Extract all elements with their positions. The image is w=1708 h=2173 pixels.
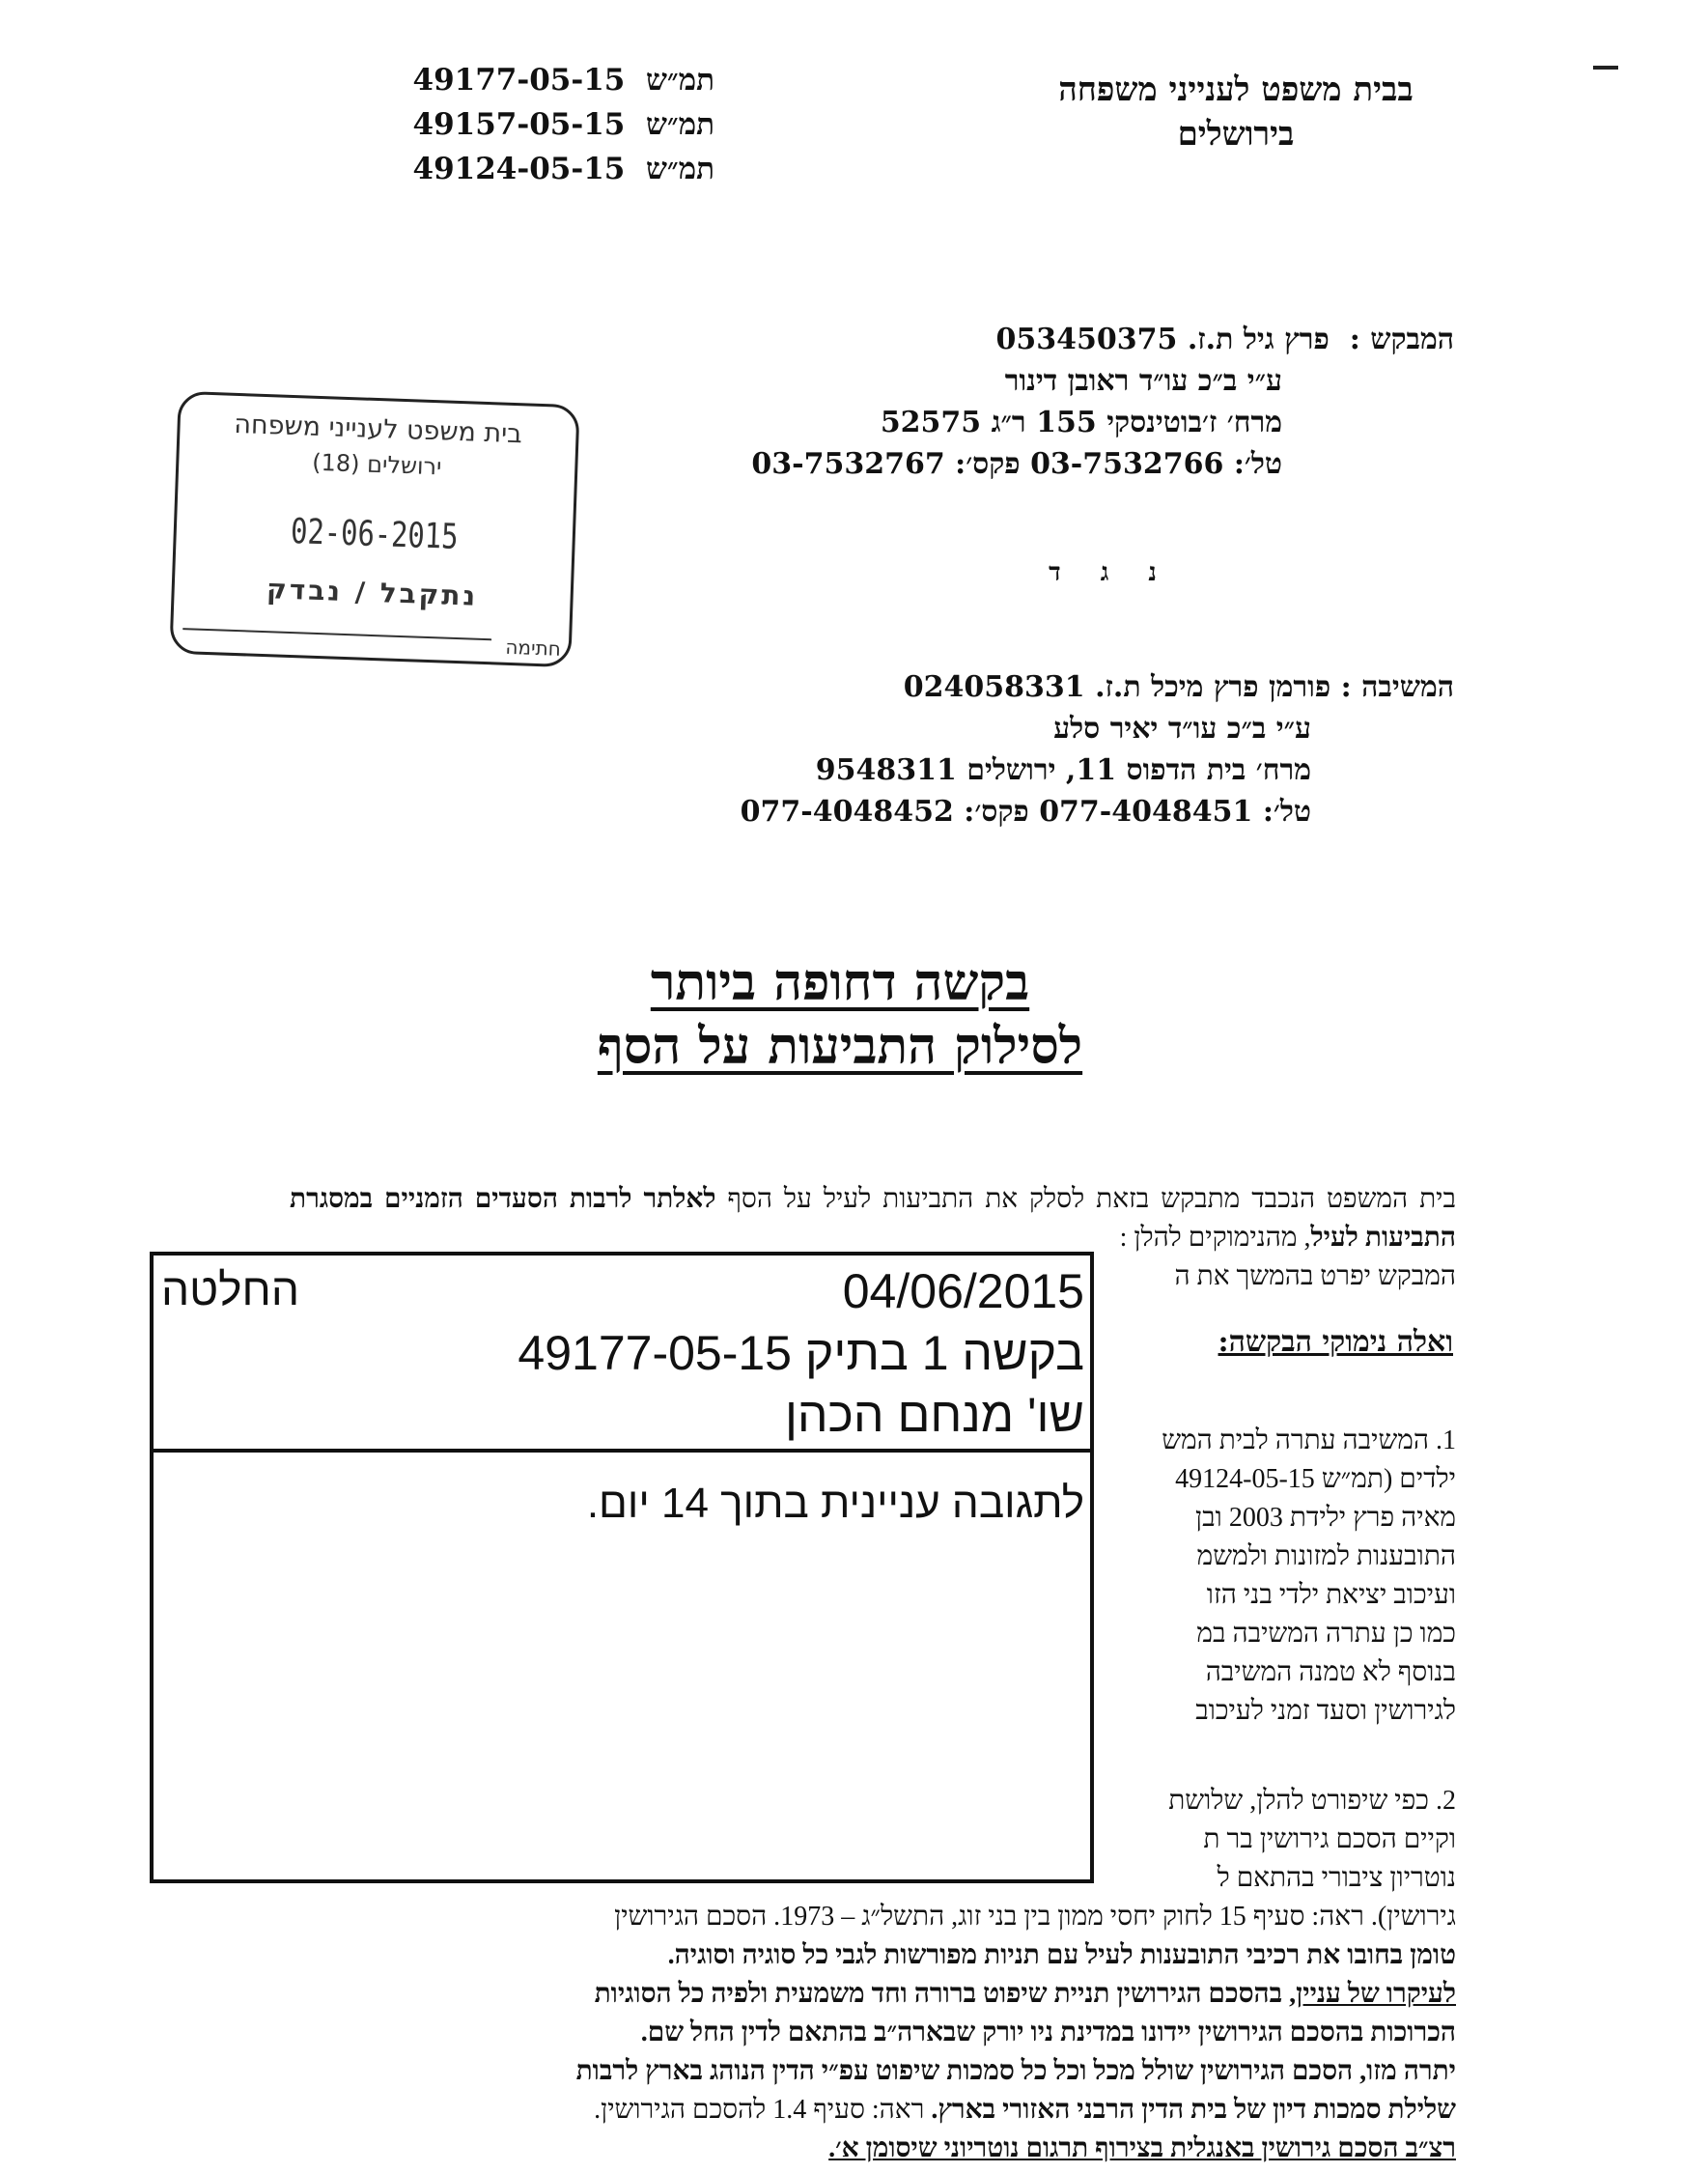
applicant-address: מרח׳ ז׳בוטינסקי 155 ר״ג 52575 — [695, 402, 1454, 443]
title-line-1: בקשה דחופה ביותר — [651, 953, 1029, 1012]
decision-header: החלטה 04/06/2015 בקשה 1 בתיק 49177-05-15… — [154, 1256, 1090, 1453]
decision-date: 04/06/2015 — [843, 1263, 1084, 1319]
court-decision-box: החלטה 04/06/2015 בקשה 1 בתיק 49177-05-15… — [150, 1252, 1094, 1883]
applicant-block: המבקש : פרץ גיל ת.ז. 053450375 ע״י ב״כ ע… — [695, 319, 1454, 485]
versus-label: נ ג ד — [1023, 558, 1197, 587]
stamp-city: ירושלים (18) — [179, 444, 575, 485]
respondent-contact: טל׳: 077-4048451 פקס׳: 077-4048452 — [666, 791, 1454, 833]
respondent-address: מרח׳ בית הדפוס 11, ירושלים 9548311 — [666, 749, 1454, 791]
applicant-name: פרץ גיל ת.ז. 053450375 — [996, 323, 1330, 356]
stamp-court: בית משפט לענייני משפחה — [180, 408, 576, 451]
stamp-status: נתקבל / נבדק — [174, 570, 571, 615]
applicant-counsel: ע״י ב״כ עו״ד ראובן דינור — [695, 360, 1454, 402]
decision-judge: שו' מנחם הכהן — [785, 1387, 1084, 1443]
stamp-date: 02-06-2015 — [215, 509, 533, 559]
reasons-heading: ואלה נימוקי הבקשה: — [1062, 1325, 1453, 1359]
case-numbers: תמ״ש 49177-05-15 תמ״ש 49157-05-15 תמ״ש 4… — [367, 58, 714, 191]
signature-line — [182, 628, 491, 640]
respondent-label: המשיבה : — [1341, 670, 1454, 704]
respondent-block: המשיבה : פורמן פרץ מיכל ת.ז. 024058331 ע… — [666, 666, 1454, 833]
stamp-signature-label: חתימה — [505, 635, 561, 661]
section-1: 1. המשיבה עתרה לבית המש ילדים (תמ״ש 4912… — [1089, 1422, 1456, 1731]
applicant-contact: טל׳: 03-7532766 פקס׳: 03-7532767 — [695, 443, 1454, 485]
court-header: בבית משפט לענייני משפחה בירושלים — [1004, 68, 1468, 156]
case-number-row: תמ״ש 49124-05-15 — [367, 147, 714, 191]
applicant-label: המבקש : — [1350, 323, 1454, 356]
court-city: בירושלים — [1004, 112, 1468, 156]
case-number-row: תמ״ש 49157-05-15 — [367, 102, 714, 147]
document-title: בקשה דחופה ביותר לסילוק התביעות על הסף — [406, 951, 1274, 1079]
court-name: בבית משפט לענייני משפחה — [1004, 68, 1468, 112]
decision-label: החלטה — [161, 1263, 299, 1315]
respondent-name: פורמן פרץ מיכל ת.ז. 024058331 — [904, 670, 1330, 704]
decision-request: בקשה 1 בתיק 49177-05-15 — [518, 1325, 1084, 1381]
title-line-2: לסילוק התביעות על הסף — [598, 1017, 1082, 1076]
scan-artifact — [1593, 66, 1618, 70]
case-number-row: תמ״ש 49177-05-15 — [367, 58, 714, 102]
court-received-stamp: בית משפט לענייני משפחה ירושלים (18) 02-0… — [169, 391, 579, 667]
decision-text: לתגובה עניינית בתוך 14 יום. — [587, 1480, 1084, 1528]
respondent-counsel: ע״י ב״כ עו״ד יאיר סלע — [666, 708, 1454, 749]
